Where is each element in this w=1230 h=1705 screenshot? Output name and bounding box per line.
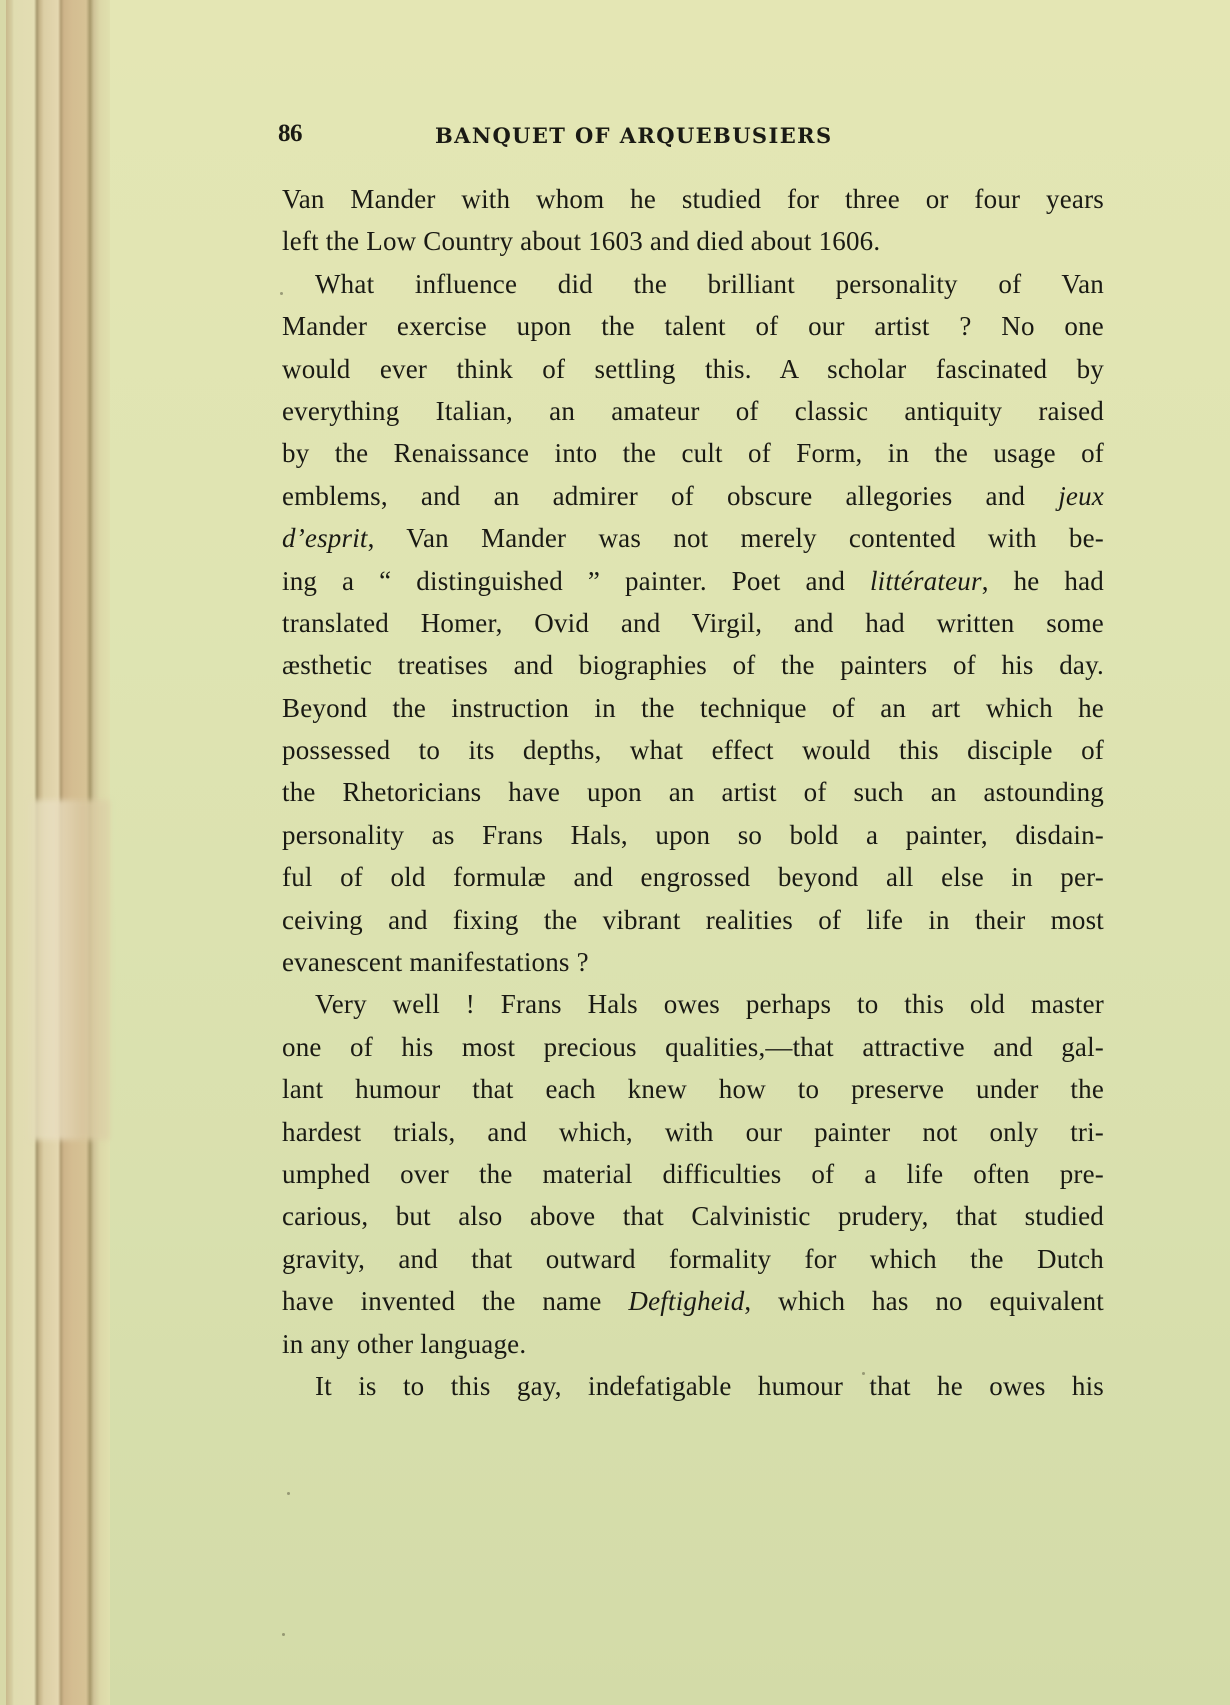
- paragraph-start-line: What influence did the brilliant persona…: [282, 263, 1104, 305]
- text-line: Mander exercise upon the talent of our a…: [282, 305, 1104, 347]
- running-head-title: BANQUET OF ARQUEBUSIERS: [435, 123, 833, 148]
- text-run: , he had: [982, 566, 1104, 596]
- paragraph-start-line: Very well ! Frans Hals owes perhaps to t…: [282, 983, 1104, 1025]
- paper-speck: [862, 1372, 865, 1375]
- text-line: carious, but also above that Calvinistic…: [282, 1195, 1104, 1237]
- text-line: lant humour that each knew how to preser…: [282, 1068, 1104, 1110]
- text-line: ceiving and fixing the vibrant realities…: [282, 899, 1104, 941]
- text-line: personality as Frans Hals, upon so bold …: [282, 814, 1104, 856]
- text-line: everything Italian, an amateur of classi…: [282, 390, 1104, 432]
- paper-speck: [287, 1492, 290, 1495]
- page-number: 86: [278, 120, 302, 148]
- book-page: 86 BANQUET OF ARQUEBUSIERS Van Mander wi…: [0, 0, 1230, 1705]
- italic-term: littérateur: [870, 566, 982, 596]
- text-run: have invented the name: [282, 1286, 628, 1316]
- text-line: æsthetic treatises and biographies of th…: [282, 644, 1104, 686]
- running-head: 86 BANQUET OF ARQUEBUSIERS: [278, 120, 918, 156]
- text-line: umphed over the material difficulties of…: [282, 1153, 1104, 1195]
- text-line: would ever think of settling this. A sch…: [282, 348, 1104, 390]
- text-line: by the Renaissance into the cult of Form…: [282, 432, 1104, 474]
- text-line: translated Homer, Ovid and Virgil, and h…: [282, 602, 1104, 644]
- text-line: hardest trials, and which, with our pain…: [282, 1111, 1104, 1153]
- italic-term: Deftigheid: [628, 1286, 744, 1316]
- text-line: left the Low Country about 1603 and died…: [282, 220, 1104, 262]
- text-line: emblems, and an admirer of obscure alleg…: [282, 475, 1104, 517]
- text-run: , Van Mander was not merely contented wi…: [368, 523, 1104, 553]
- text-line: ful of old formulæ and engrossed beyond …: [282, 856, 1104, 898]
- text-line: ing a “ distinguished ” painter. Poet an…: [282, 560, 1104, 602]
- text-run: emblems, and an admirer of obscure alleg…: [282, 481, 1058, 511]
- text-line: Beyond the instruction in the technique …: [282, 687, 1104, 729]
- text-run: ing a “ distinguished ” painter. Poet an…: [282, 566, 870, 596]
- body-text: Van Mander with whom he studied for thre…: [282, 178, 1104, 1407]
- text-line: possessed to its depths, what effect wou…: [282, 729, 1104, 771]
- text-line: gravity, and that outward formality for …: [282, 1238, 1104, 1280]
- text-line: one of his most precious qualities,—that…: [282, 1026, 1104, 1068]
- text-line: in any other language.: [282, 1323, 1104, 1365]
- text-line: the Rhetoricians have upon an artist of …: [282, 771, 1104, 813]
- text-line: evanescent manifestations ?: [282, 941, 1104, 983]
- paper-speck: [282, 1633, 285, 1636]
- text-line: d’esprit, Van Mander was not merely cont…: [282, 517, 1104, 559]
- paragraph-start-line: It is to this gay, indefatigable humour …: [282, 1365, 1104, 1407]
- italic-term: d’esprit: [282, 523, 368, 553]
- text-run: , which has no equivalent: [744, 1286, 1104, 1316]
- italic-term: jeux: [1058, 481, 1104, 511]
- paper-speck: [280, 292, 283, 295]
- text-line: have invented the name Deftigheid, which…: [282, 1280, 1104, 1322]
- text-line: Van Mander with whom he studied for thre…: [282, 178, 1104, 220]
